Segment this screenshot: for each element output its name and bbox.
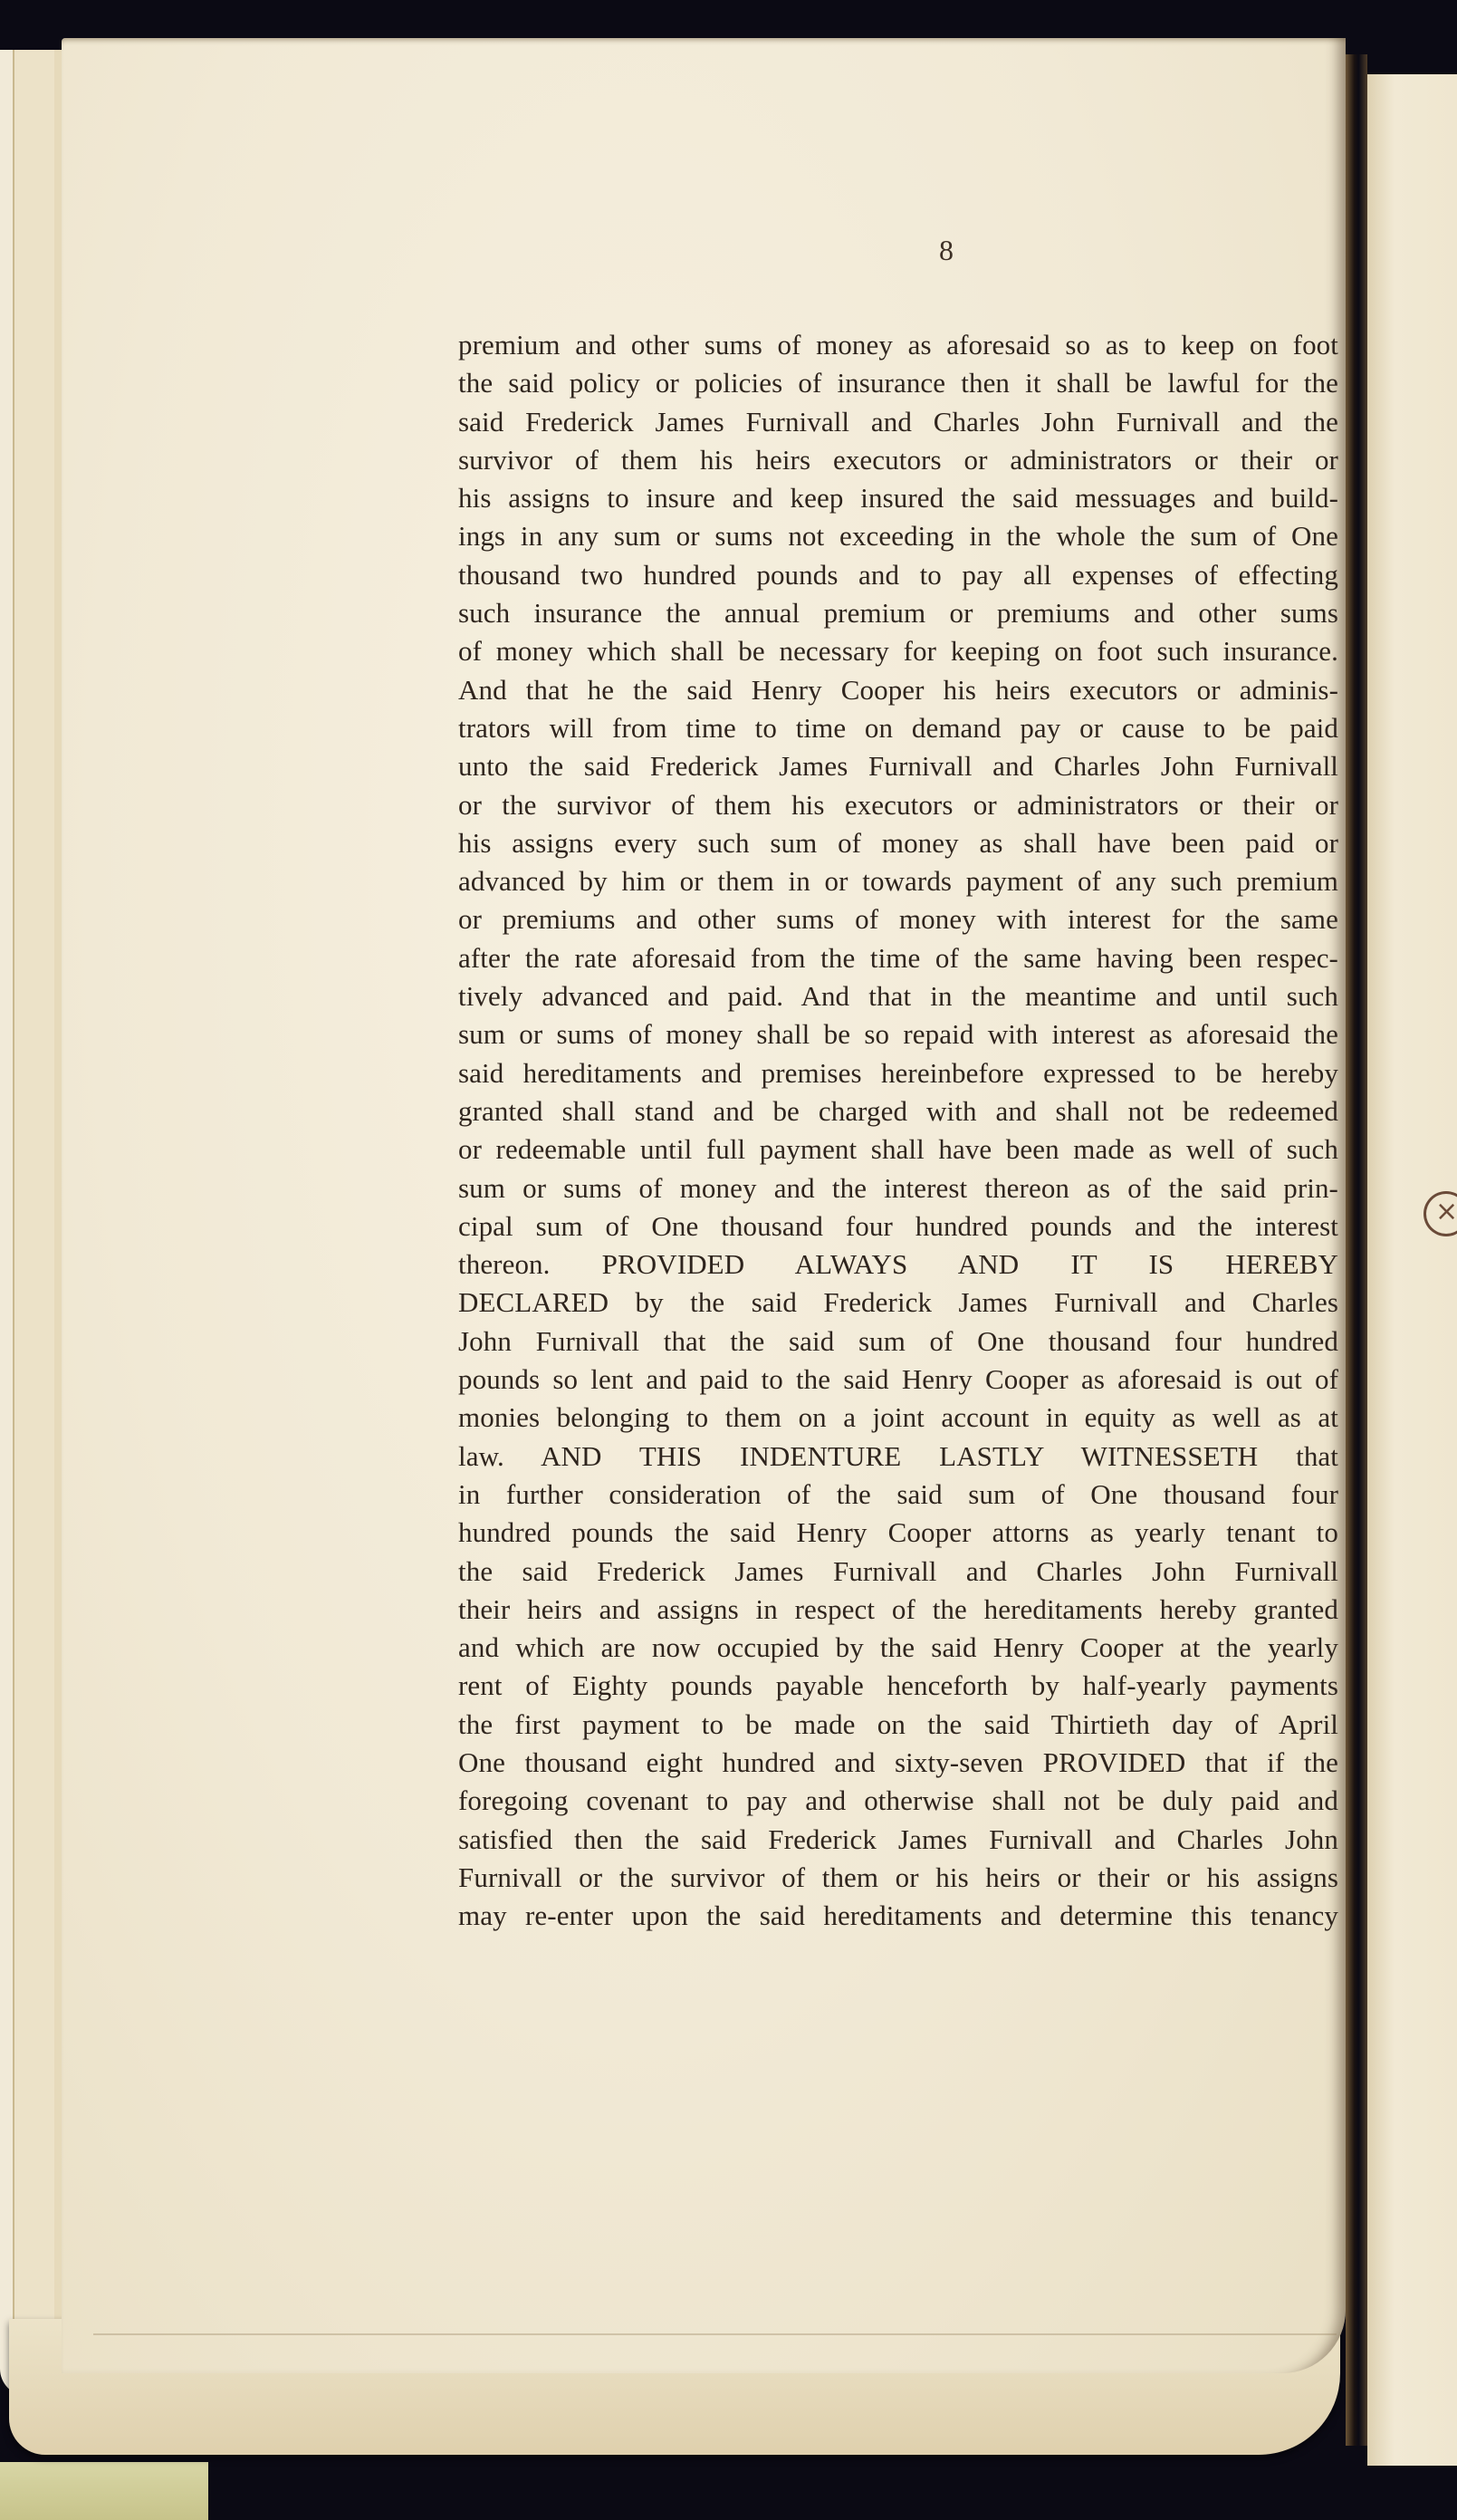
text-line: may re-enter upon the said hereditaments… [458,1897,1338,1935]
text-line: thousand two hundred pounds and to pay a… [458,556,1338,594]
text-line: unto the said Frederick James Furnivall … [458,747,1338,785]
text-line: in further consideration of the said sum… [458,1476,1338,1514]
text-line: survivor of them his heirs executors or … [458,441,1338,479]
text-line: advanced by him or them in or towards pa… [458,862,1338,900]
text-line: One thousand eight hundred and sixty-sev… [458,1744,1338,1782]
text-line: said hereditaments and premises hereinbe… [458,1054,1338,1092]
text-line: sum or sums of money shall be so repaid … [458,1015,1338,1053]
text-line: ings in any sum or sums not exceeding in… [458,517,1338,555]
book-gutter [1346,54,1367,2446]
text-line: satisfied then the said Frederick James … [458,1821,1338,1859]
text-line: such insurance the annual premium or pre… [458,594,1338,632]
text-line: his assigns every such sum of money as s… [458,824,1338,862]
text-line: their heirs and assigns in respect of th… [458,1591,1338,1629]
text-line: said Frederick James Furnivall and Charl… [458,403,1338,441]
text-line: the said Frederick James Furnivall and C… [458,1553,1338,1591]
text-line: or the survivor of them his executors or… [458,786,1338,824]
text-line: after the rate aforesaid from the time o… [458,939,1338,977]
text-line: granted shall stand and be charged with … [458,1092,1338,1130]
text-line: hundred pounds the said Henry Cooper att… [458,1514,1338,1552]
body-text: premium and other sums of money as afore… [458,326,1338,1935]
text-line: law. AND THIS INDENTURE LASTLY WITNESSET… [458,1438,1338,1476]
text-line: pounds so lent and paid to the said Henr… [458,1361,1338,1399]
text-line: trators will from time to time on demand… [458,709,1338,747]
text-line: monies belonging to them on a joint acco… [458,1399,1338,1437]
text-line: And that he the said Henry Cooper his he… [458,671,1338,709]
text-line: premium and other sums of money as afore… [458,326,1338,364]
background-surface [0,2462,208,2520]
text-line: or redeemable until full payment shall h… [458,1130,1338,1169]
page-number: 8 [928,234,964,267]
text-line: rent of Eighty pounds payable henceforth… [458,1667,1338,1705]
text-line: John Furnivall that the said sum of One … [458,1323,1338,1361]
text-line: of money which shall be necessary for ke… [458,632,1338,670]
text-line: the said policy or policies of insurance… [458,364,1338,402]
text-line: thereon. PROVIDED ALWAYS AND IT IS HEREB… [458,1246,1338,1284]
text-line: foregoing covenant to pay and otherwise … [458,1782,1338,1820]
text-line: DECLARED by the said Frederick James Fur… [458,1284,1338,1322]
text-line: his assigns to insure and keep insured t… [458,479,1338,517]
text-line: Furnivall or the survivor of them or his… [458,1859,1338,1897]
text-line: tively advanced and paid. And that in th… [458,977,1338,1015]
text-line: cipal sum of One thousand four hundred p… [458,1207,1338,1246]
text-line: the first payment to be made on the said… [458,1706,1338,1744]
text-line: sum or sums of money and the interest th… [458,1169,1338,1207]
text-line: and which are now occupied by the said H… [458,1629,1338,1667]
text-line: or premiums and other sums of money with… [458,900,1338,938]
page-fold-line [93,2333,1337,2335]
facing-page [1367,74,1457,2466]
